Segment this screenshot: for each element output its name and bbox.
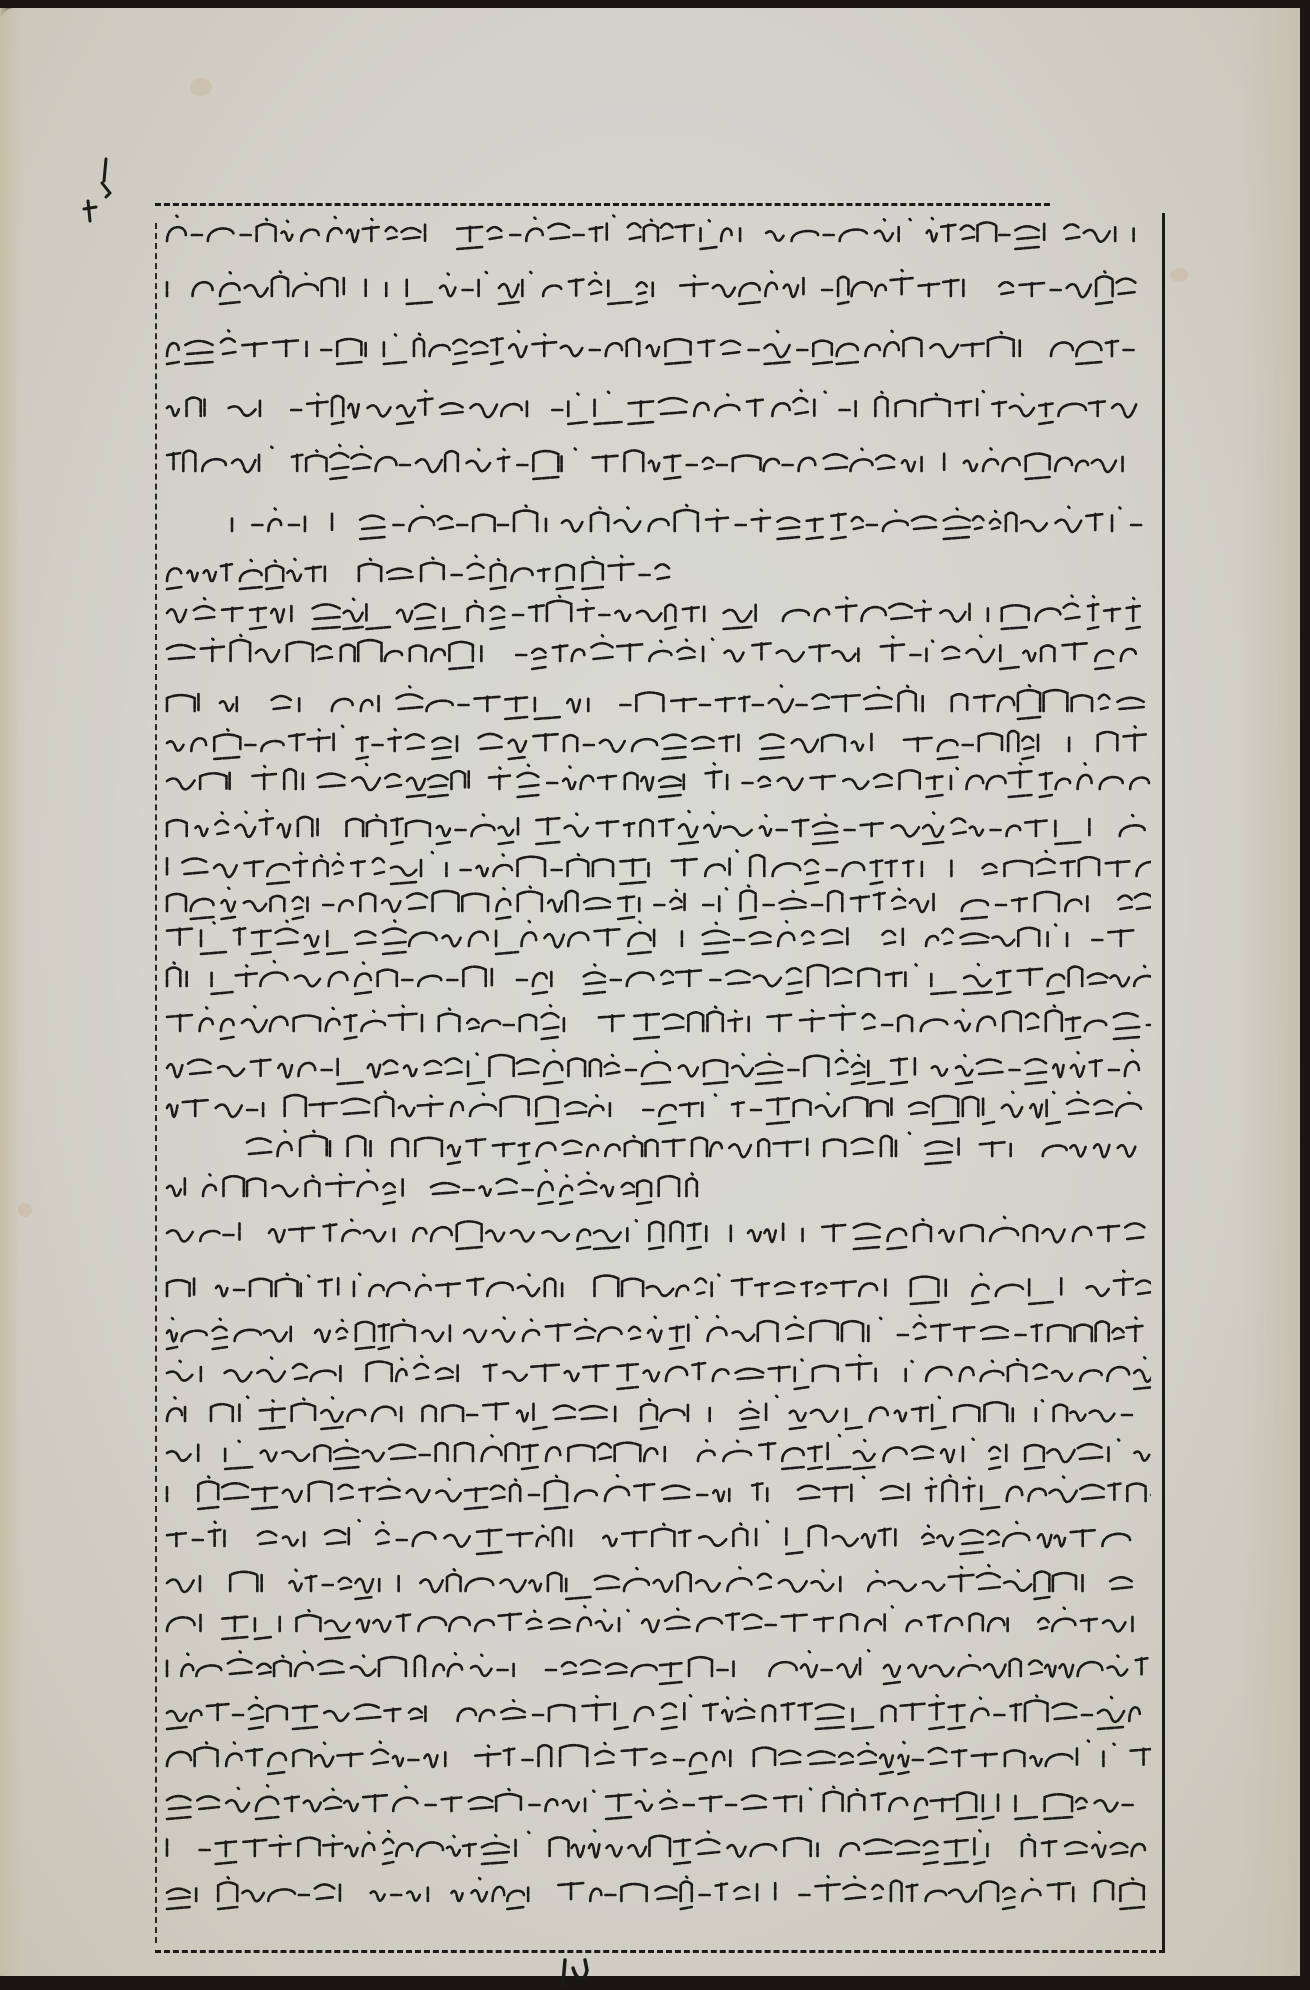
script-line (163, 1211, 1151, 1255)
bottom-rule (155, 1950, 1165, 1953)
margin-annotation: marginal mark (top-left) (80, 153, 130, 223)
script-line (163, 1871, 1151, 1915)
script-line (163, 1046, 1151, 1090)
script-line (163, 1266, 1151, 1310)
script-line (163, 551, 671, 595)
script-line (163, 1431, 1151, 1475)
script-line (163, 1516, 1151, 1560)
script-line (163, 1601, 1151, 1645)
script-line (163, 1351, 1151, 1395)
script-line (163, 1736, 1151, 1780)
script-line (163, 1391, 1151, 1435)
script-line (163, 1646, 1151, 1690)
left-rule (155, 223, 157, 1943)
script-line (163, 1471, 1151, 1515)
script-line (228, 501, 1151, 545)
manuscript-page: marginal mark (top-left) page number gly… (0, 8, 1300, 1976)
script-line (163, 266, 1151, 310)
text-block (155, 203, 1165, 1953)
script-line (163, 631, 1151, 675)
right-rule (1162, 213, 1165, 1953)
script-line (163, 1086, 1151, 1130)
script-line (163, 1561, 1151, 1605)
script-line (163, 759, 1151, 803)
script-line (163, 1781, 1151, 1825)
page-number-glyph (555, 1956, 605, 1984)
paper-stain (1170, 268, 1188, 282)
script-line (243, 1126, 1151, 1170)
margin-annotation-glyph (80, 153, 130, 223)
script-line (163, 441, 1151, 485)
script-line (163, 326, 1151, 370)
paper-stain (18, 1203, 32, 1217)
page-number: page number glyph (bottom center) (555, 1956, 605, 1984)
script-line (163, 591, 1151, 635)
script-line (163, 1826, 1151, 1870)
script-line (163, 386, 1151, 430)
script-line (163, 1166, 711, 1210)
script-line (163, 681, 1151, 725)
margin-annotation-label: marginal mark (top-left) (130, 153, 131, 154)
script-line (163, 1311, 1151, 1355)
paper-stain (190, 78, 212, 96)
script-line (163, 956, 1151, 1000)
page-number-label: page number glyph (bottom center) (605, 1956, 606, 1957)
script-line (163, 916, 1151, 960)
script-line (163, 1691, 1151, 1735)
top-rule (155, 203, 1050, 206)
script-line (163, 806, 1151, 850)
script-line (163, 1001, 1151, 1045)
script-line (163, 211, 1151, 255)
